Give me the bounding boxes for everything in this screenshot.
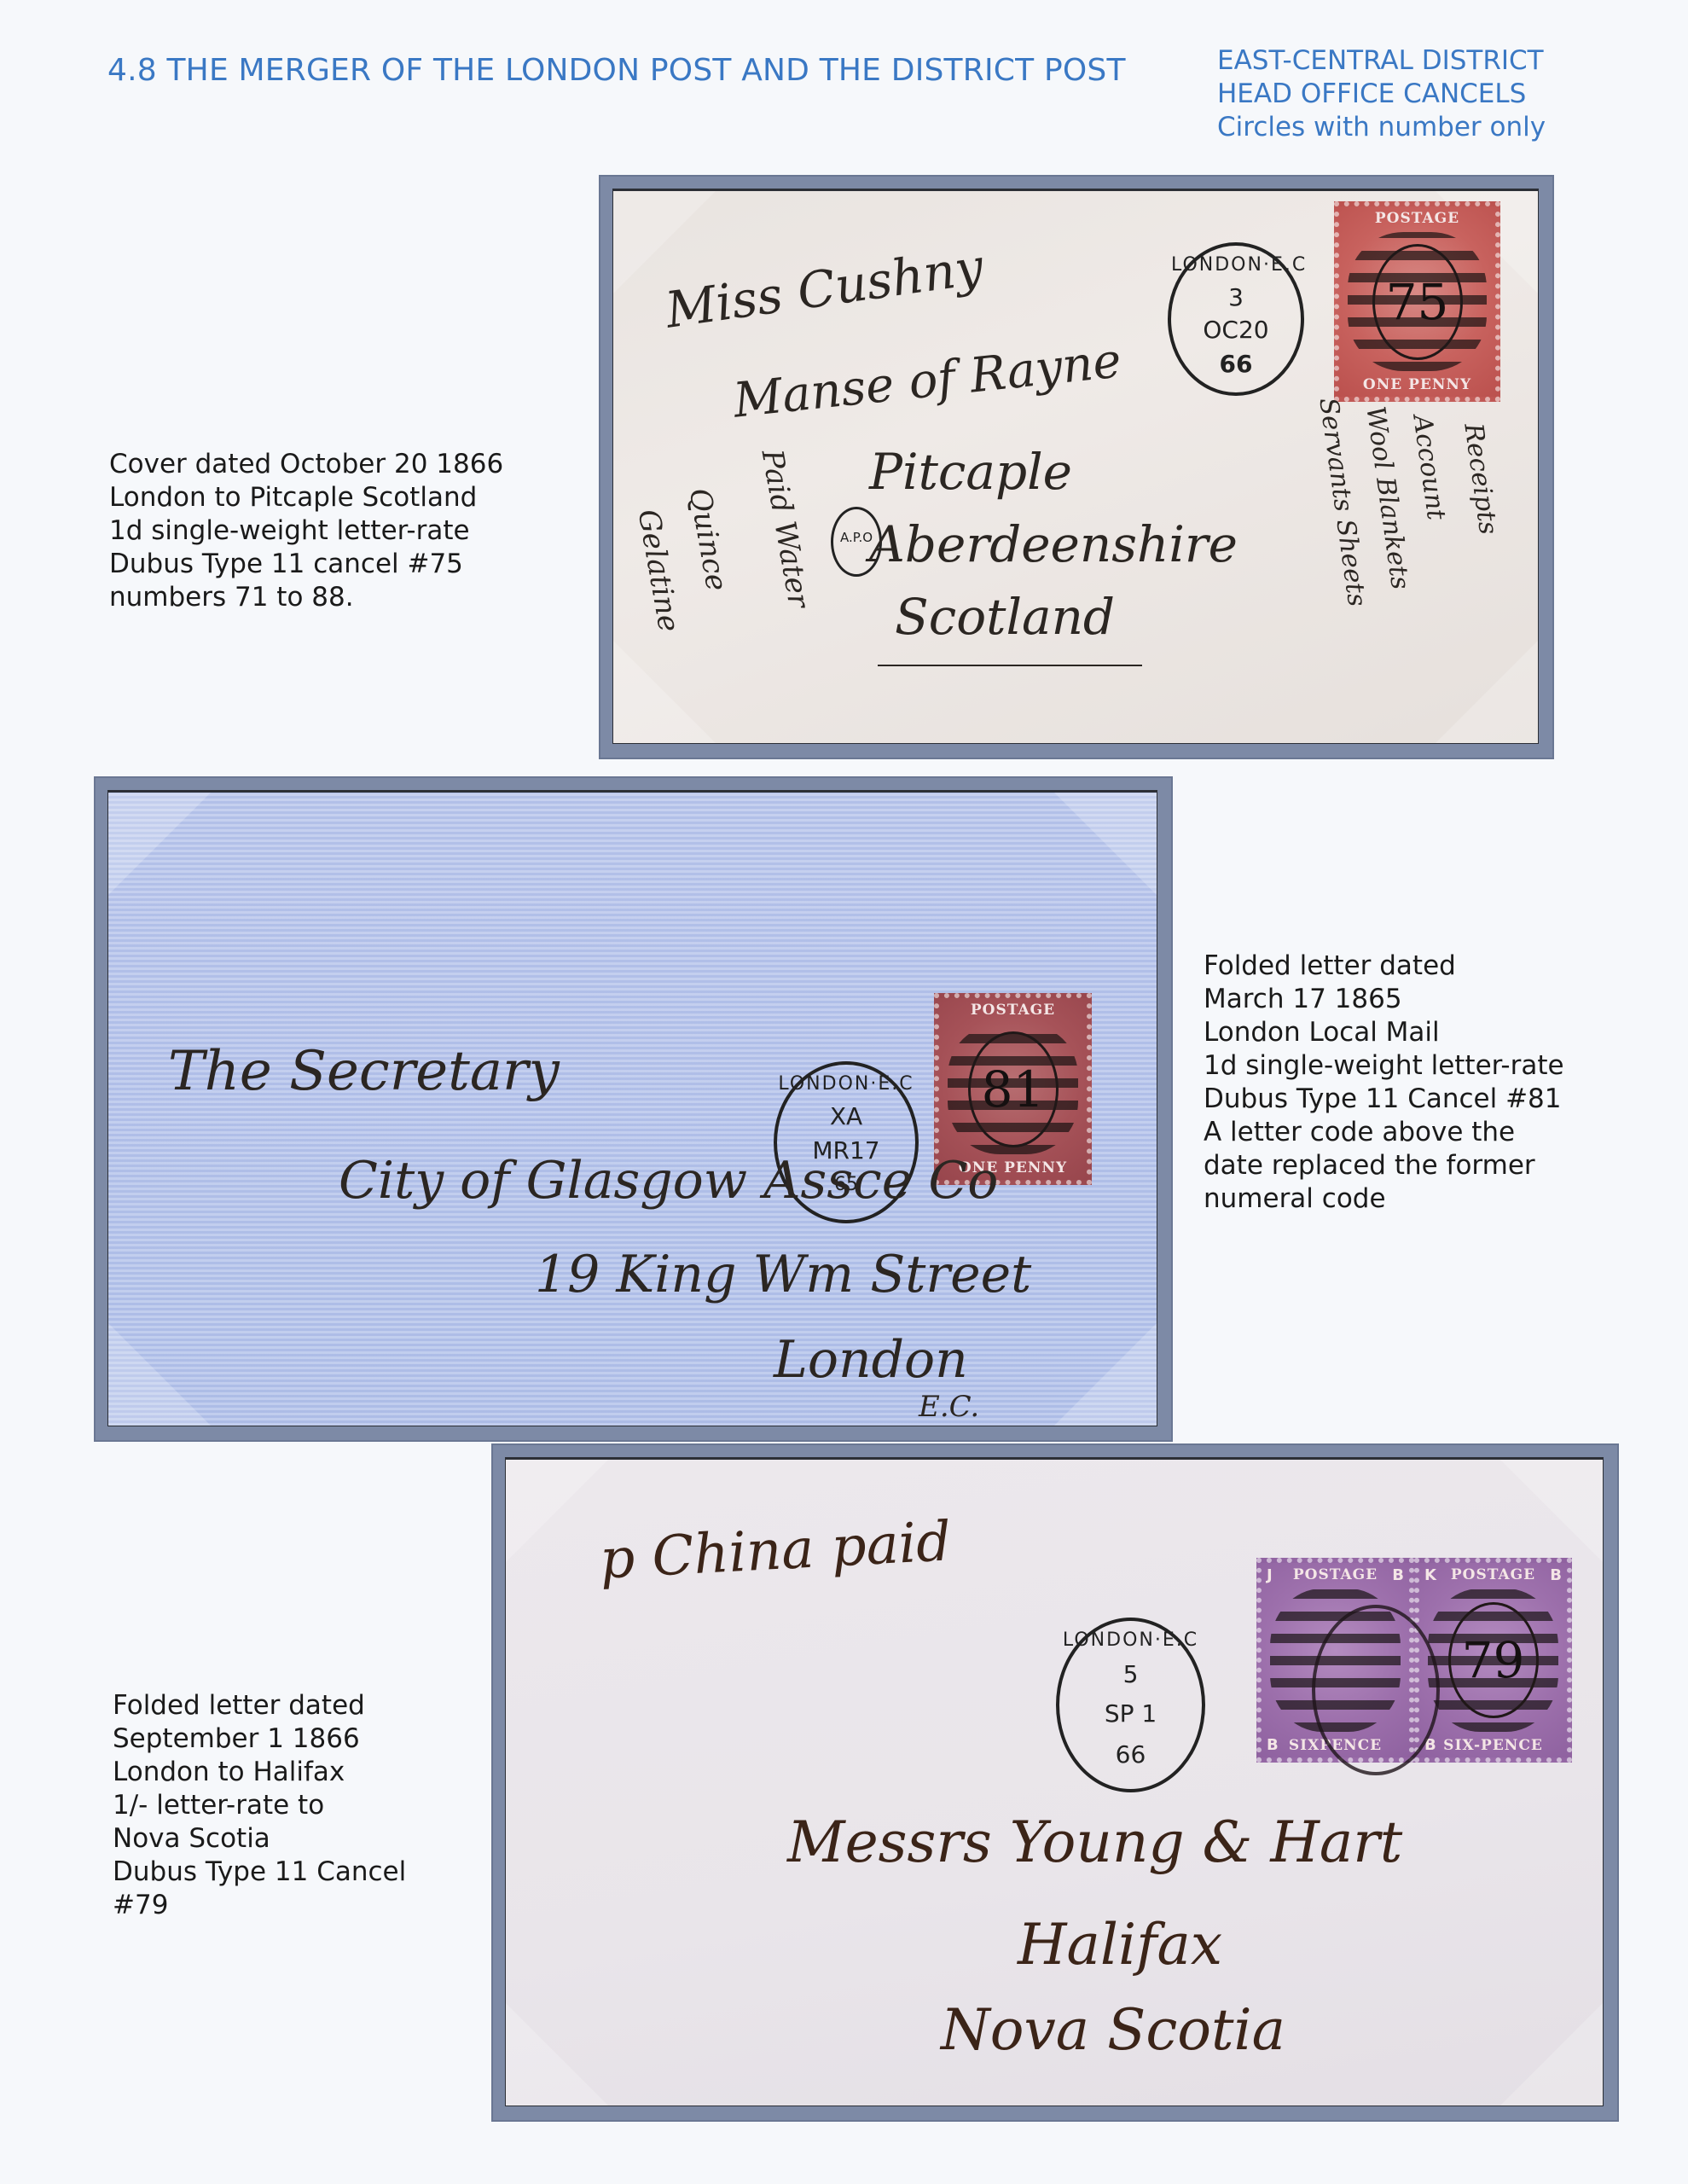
- postmark-date: SP 1: [1059, 1699, 1202, 1728]
- handwritten-address-line: Aberdeenshire: [869, 515, 1238, 573]
- datestamp-postmark: LONDON·E.C 5 SP 1 66: [1056, 1618, 1205, 1792]
- stamp-label-top: POSTAGE: [1262, 1566, 1409, 1583]
- handwritten-addressee: Miss Cushny: [662, 237, 987, 340]
- postmark-office: LONDON·E.C: [1171, 254, 1301, 276]
- photo-corner: [108, 793, 211, 895]
- handwritten-address-line: E.C.: [919, 1390, 979, 1424]
- caption-cover-3: Folded letter dated September 1 1866 Lon…: [113, 1689, 406, 1922]
- page-title: 4.8 THE MERGER OF THE LONDON POST AND TH…: [107, 53, 1126, 88]
- postmark-date: OC20: [1171, 316, 1301, 344]
- photo-corner: [506, 2003, 608, 2106]
- caption-line: A letter code above the: [1204, 1116, 1564, 1149]
- section-heading-line: HEAD OFFICE CANCELS: [1217, 78, 1546, 111]
- caption-line: date replaced the former: [1204, 1149, 1564, 1182]
- handwritten-address-line: Manse of Rayne: [731, 333, 1124, 428]
- caption-line: Folded letter dated: [1204, 950, 1564, 983]
- handwritten-address-line: Scotland: [895, 588, 1115, 646]
- cancel-numeral: 81: [968, 1031, 1059, 1147]
- photo-corner: [506, 1460, 608, 1562]
- overlapping-datestamp: [1312, 1605, 1440, 1775]
- caption-line: September 1 1866: [113, 1722, 406, 1756]
- handwritten-note: Wool Blankets: [1360, 404, 1415, 591]
- stamp-label-top: POSTAGE: [1339, 210, 1495, 227]
- caption-line: numeral code: [1204, 1182, 1564, 1216]
- postmark-office: LONDON·E.C: [1059, 1629, 1202, 1651]
- cover-envelope-1: LONDON·E.C 3 OC20 66 POSTAGE 75 ONE PENN…: [612, 189, 1539, 744]
- caption-cover-1: Cover dated October 20 1866 London to Pi…: [109, 448, 503, 614]
- stamp-corner-letter: B: [1392, 1566, 1404, 1584]
- caption-line: Nova Scotia: [113, 1822, 406, 1856]
- caption-line: London to Halifax: [113, 1756, 406, 1789]
- section-heading-line: EAST-CENTRAL DISTRICT: [1217, 44, 1546, 78]
- handwritten-note: Gelatine: [631, 507, 687, 635]
- caption-line: 1d single-weight letter-rate: [1204, 1049, 1564, 1083]
- photo-corner: [1054, 793, 1157, 895]
- caption-line: 1d single-weight letter-rate: [109, 514, 503, 548]
- folded-letter-2: LONDON·E.C XA MR17 65 POSTAGE 81 ONE PEN…: [107, 790, 1157, 1426]
- cancel-numeral: 79: [1448, 1602, 1539, 1718]
- cancel-numeral: 75: [1372, 244, 1463, 360]
- handwritten-addressee: Messrs Young & Hart: [787, 1809, 1402, 1875]
- handwritten-address-line: London: [774, 1330, 968, 1390]
- handwritten-note: Account: [1407, 413, 1451, 522]
- datestamp-postmark: LONDON·E.C 3 OC20 66: [1168, 242, 1304, 396]
- stamp-corner-letter: B: [1550, 1566, 1562, 1584]
- caption-line: 1/- letter-rate to: [113, 1789, 406, 1822]
- postmark-year: 66: [1059, 1740, 1202, 1769]
- stamp-label-bottom: SIX-PENCE: [1419, 1737, 1567, 1754]
- caption-line: March 17 1865: [1204, 983, 1564, 1016]
- caption-line: London to Pitcaple Scotland: [109, 481, 503, 514]
- handwritten-address-line: 19 King Wm Street: [535, 1245, 1031, 1304]
- handwritten-endorsement: p China paid: [598, 1510, 953, 1591]
- caption-line: numbers 71 to 88.: [109, 581, 503, 614]
- stamp-label-top: POSTAGE: [939, 1002, 1087, 1019]
- postmark-year: 66: [1171, 350, 1301, 378]
- caption-line: Dubus Type 11 Cancel: [113, 1856, 406, 1889]
- stamp-label-bottom: ONE PENNY: [1339, 376, 1495, 393]
- folded-letter-3: LONDON·E.C 5 SP 1 66 J POSTAGE B B SIXPE…: [505, 1457, 1604, 2106]
- handwritten-addressee: The Secretary: [168, 1040, 560, 1103]
- caption-cover-2: Folded letter dated March 17 1865 London…: [1204, 950, 1564, 1216]
- postmark-code: XA: [777, 1102, 915, 1130]
- underline-stroke: [878, 665, 1142, 666]
- caption-line: Folded letter dated: [113, 1689, 406, 1722]
- photo-corner: [1500, 1460, 1603, 1562]
- photo-corner: [1436, 641, 1538, 743]
- caption-line: Dubus Type 11 Cancel #81: [1204, 1083, 1564, 1116]
- sixpence-stamp: K POSTAGE B 79 B SIX-PENCE: [1414, 1558, 1572, 1763]
- photo-corner: [108, 1323, 211, 1426]
- handwritten-note: Receipts: [1458, 421, 1503, 537]
- cover-mount-2: LONDON·E.C XA MR17 65 POSTAGE 81 ONE PEN…: [94, 776, 1173, 1442]
- caption-line: #79: [113, 1889, 406, 1922]
- photo-corner: [1054, 1323, 1157, 1426]
- caption-line: Dubus Type 11 cancel #75: [109, 548, 503, 581]
- cover-mount-3: LONDON·E.C 5 SP 1 66 J POSTAGE B B SIXPE…: [491, 1443, 1619, 2122]
- section-heading: EAST-CENTRAL DISTRICT HEAD OFFICE CANCEL…: [1217, 44, 1546, 144]
- cover-mount-1: LONDON·E.C 3 OC20 66 POSTAGE 75 ONE PENN…: [599, 175, 1554, 759]
- photo-corner: [1500, 2003, 1603, 2106]
- handwritten-address-line: Nova Scotia: [941, 1997, 1285, 2063]
- caption-line: Cover dated October 20 1866: [109, 448, 503, 481]
- caption-line: London Local Mail: [1204, 1016, 1564, 1049]
- photo-corner: [613, 641, 716, 743]
- handwritten-address-line: Halifax: [1018, 1912, 1222, 1978]
- section-heading-line: Circles with number only: [1217, 111, 1546, 144]
- postmark-code: 3: [1171, 283, 1301, 311]
- penny-red-stamp: POSTAGE 75 ONE PENNY: [1334, 201, 1500, 402]
- postmark-office: LONDON·E.C: [777, 1073, 915, 1095]
- handwritten-address-line: City of Glasgow Assce Co: [339, 1151, 998, 1211]
- stamp-label-top: POSTAGE: [1419, 1566, 1567, 1583]
- postmark-code: 5: [1059, 1660, 1202, 1688]
- handwritten-note: Quince: [682, 485, 734, 594]
- handwritten-address-line: Pitcaple: [869, 443, 1072, 501]
- handwritten-note: Paid Water: [755, 447, 816, 610]
